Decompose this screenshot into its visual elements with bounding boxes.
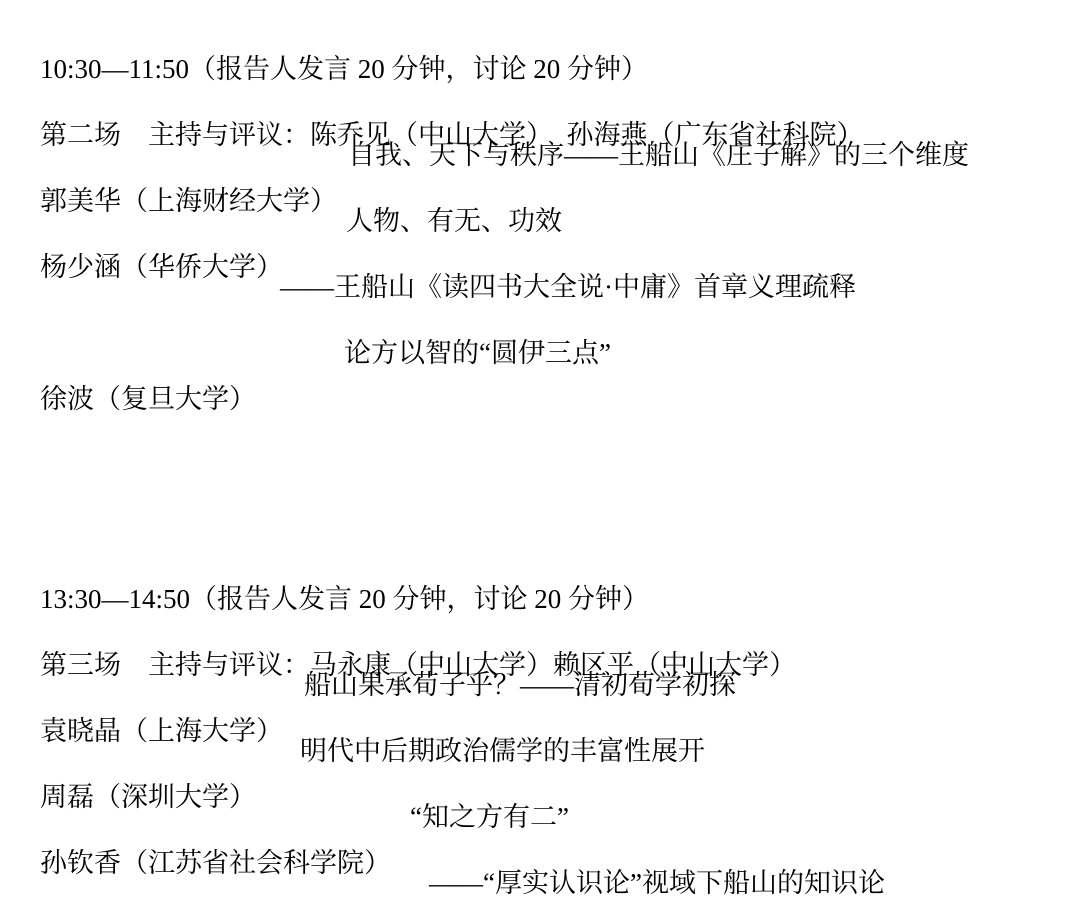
talk-title-continuation: ——王船山《读四书大全说·中庸》首章义理疏释 xyxy=(280,264,856,310)
talk-title: 船山果承荀子乎？——清初荀学初探 xyxy=(304,662,736,708)
talk-row: 杨少涵（华侨大学） 人物、有无、功效 xyxy=(0,198,1080,244)
speaker-name: 徐波（复旦大学） xyxy=(40,384,256,414)
talk-row: 徐波（复旦大学） 论方以智的“圆伊三点” xyxy=(0,330,1080,376)
session-header: 第二场 主持与评议：陈乔见（中山大学） 孙海燕（广东省社科院） xyxy=(0,66,1080,112)
session-time: 10:30—11:50（报告人发言 20 分钟，讨论 20 分钟） xyxy=(0,0,1080,46)
talk-row: 袁晓晶（上海大学） 船山果承荀子乎？——清初荀学初探 xyxy=(0,662,1080,708)
talk-title: “知之方有二” xyxy=(410,794,569,840)
talk-row: 孙钦香（江苏省社会科学院） “知之方有二” xyxy=(0,794,1080,840)
session-time: 13:30—14:50（报告人发言 20 分钟，讨论 20 分钟） xyxy=(0,530,1080,576)
session-header: 第三场 主持与评议：马永康（中山大学）赖区平（中山大学） xyxy=(0,596,1080,642)
talk-row-continuation: ——“厚实认识论”视域下船山的知识论 xyxy=(0,860,1080,903)
talk-title: 论方以智的“圆伊三点” xyxy=(344,330,611,376)
talk-title: 自我、天下与秩序——王船山《庄子解》的三个维度 xyxy=(348,132,969,178)
talk-row: 周磊（深圳大学） 明代中后期政治儒学的丰富性展开 xyxy=(0,728,1080,774)
talk-title-continuation: ——“厚实认识论”视域下船山的知识论 xyxy=(429,860,885,903)
talk-title: 人物、有无、功效 xyxy=(346,198,562,244)
schedule-document: 10:30—11:50（报告人发言 20 分钟，讨论 20 分钟） 第二场 主持… xyxy=(0,0,1080,903)
talk-row-continuation: ——王船山《读四书大全说·中庸》首章义理疏释 xyxy=(0,264,1080,310)
talk-row: 郭美华（上海财经大学） 自我、天下与秩序——王船山《庄子解》的三个维度 xyxy=(0,132,1080,178)
talk-title: 明代中后期政治儒学的丰富性展开 xyxy=(300,728,705,774)
